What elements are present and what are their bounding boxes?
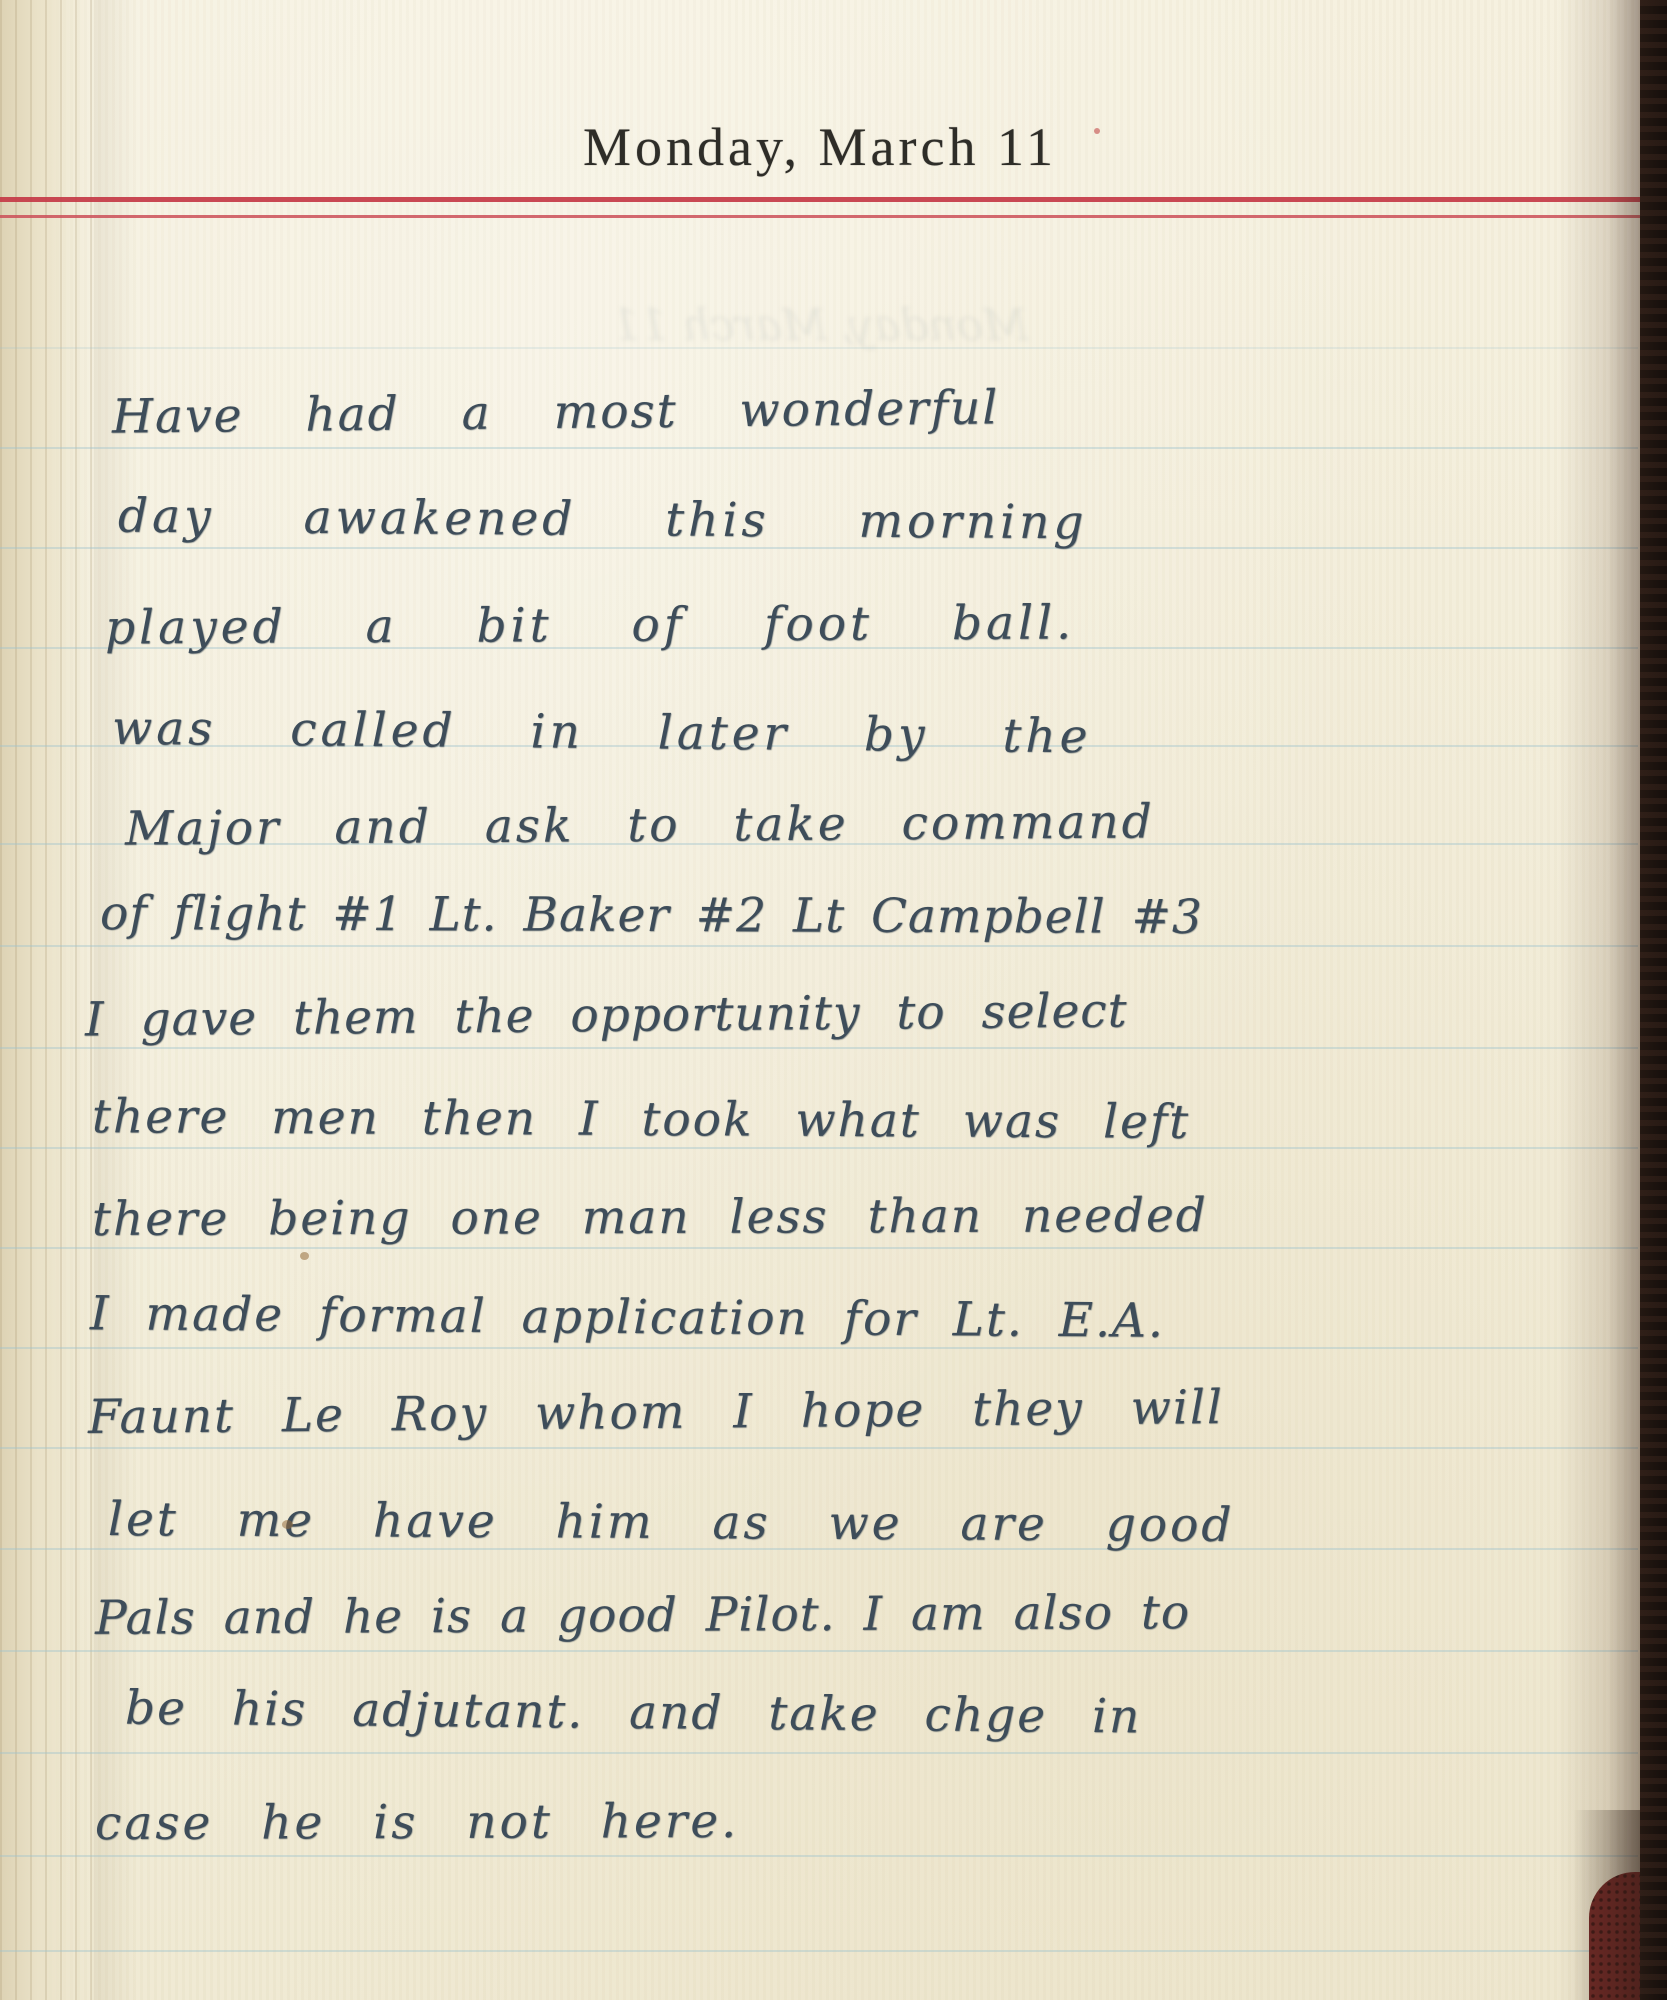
ruled-line <box>0 1650 1638 1652</box>
ruled-line <box>0 1047 1638 1049</box>
handwritten-line: be his adjutant. and take chge in <box>125 1681 1142 1745</box>
handwritten-line: of flight #1 Lt. Baker #2 Lt Campbell #3 <box>100 886 1203 945</box>
handwritten-line: there being one man less than needed <box>92 1188 1208 1247</box>
ruled-line <box>0 1950 1638 1952</box>
page-curve-shadow <box>1557 0 1642 2000</box>
ruled-line <box>0 945 1638 947</box>
handwritten-line: I gave them the opportunity to select <box>85 983 1128 1047</box>
corner-shadow <box>1573 1810 1643 2000</box>
handwritten-line: was called in later by the <box>112 701 1092 765</box>
handwritten-line: Major and ask to take command <box>125 794 1155 856</box>
ruled-line <box>0 347 1638 349</box>
handwritten-line: there men then I took what was left <box>92 1089 1190 1150</box>
handwritten-line: Have had a most wonderful <box>112 380 1000 444</box>
handwritten-line: Faunt Le Roy whom I hope they will <box>88 1380 1224 1445</box>
handwritten-line: played a bit of foot ball. <box>105 595 1075 655</box>
book-binding <box>1640 0 1667 2000</box>
ruled-line <box>0 447 1638 449</box>
red-ink-dot <box>1094 128 1100 134</box>
ruled-line <box>0 1752 1638 1754</box>
ruled-line <box>0 1855 1638 1857</box>
page-title: Monday, March 11 <box>0 116 1640 178</box>
handwritten-line: let me have him as we are good <box>108 1492 1235 1553</box>
page-edge-stack <box>0 0 96 2000</box>
diary-page: Monday, March 11 Monday, March 11 Have h… <box>0 0 1667 2000</box>
handwritten-line: day awakened this morning <box>118 489 1088 551</box>
handwritten-line: I made formal application for Lt. E.A. <box>90 1286 1165 1349</box>
red-rule-top <box>0 197 1642 202</box>
ruled-line <box>0 1347 1638 1349</box>
bleed-through-ghost: Monday, March 11 <box>420 300 1220 351</box>
handwritten-line: Pals and he is a good Pilot. I am also t… <box>95 1585 1190 1646</box>
ruled-line <box>0 1247 1638 1249</box>
handwritten-line: case he is not here. <box>95 1794 739 1851</box>
age-speck <box>300 1252 309 1260</box>
ruled-line <box>0 1447 1638 1449</box>
age-speck <box>282 1520 293 1529</box>
red-rule-bottom <box>0 215 1642 218</box>
